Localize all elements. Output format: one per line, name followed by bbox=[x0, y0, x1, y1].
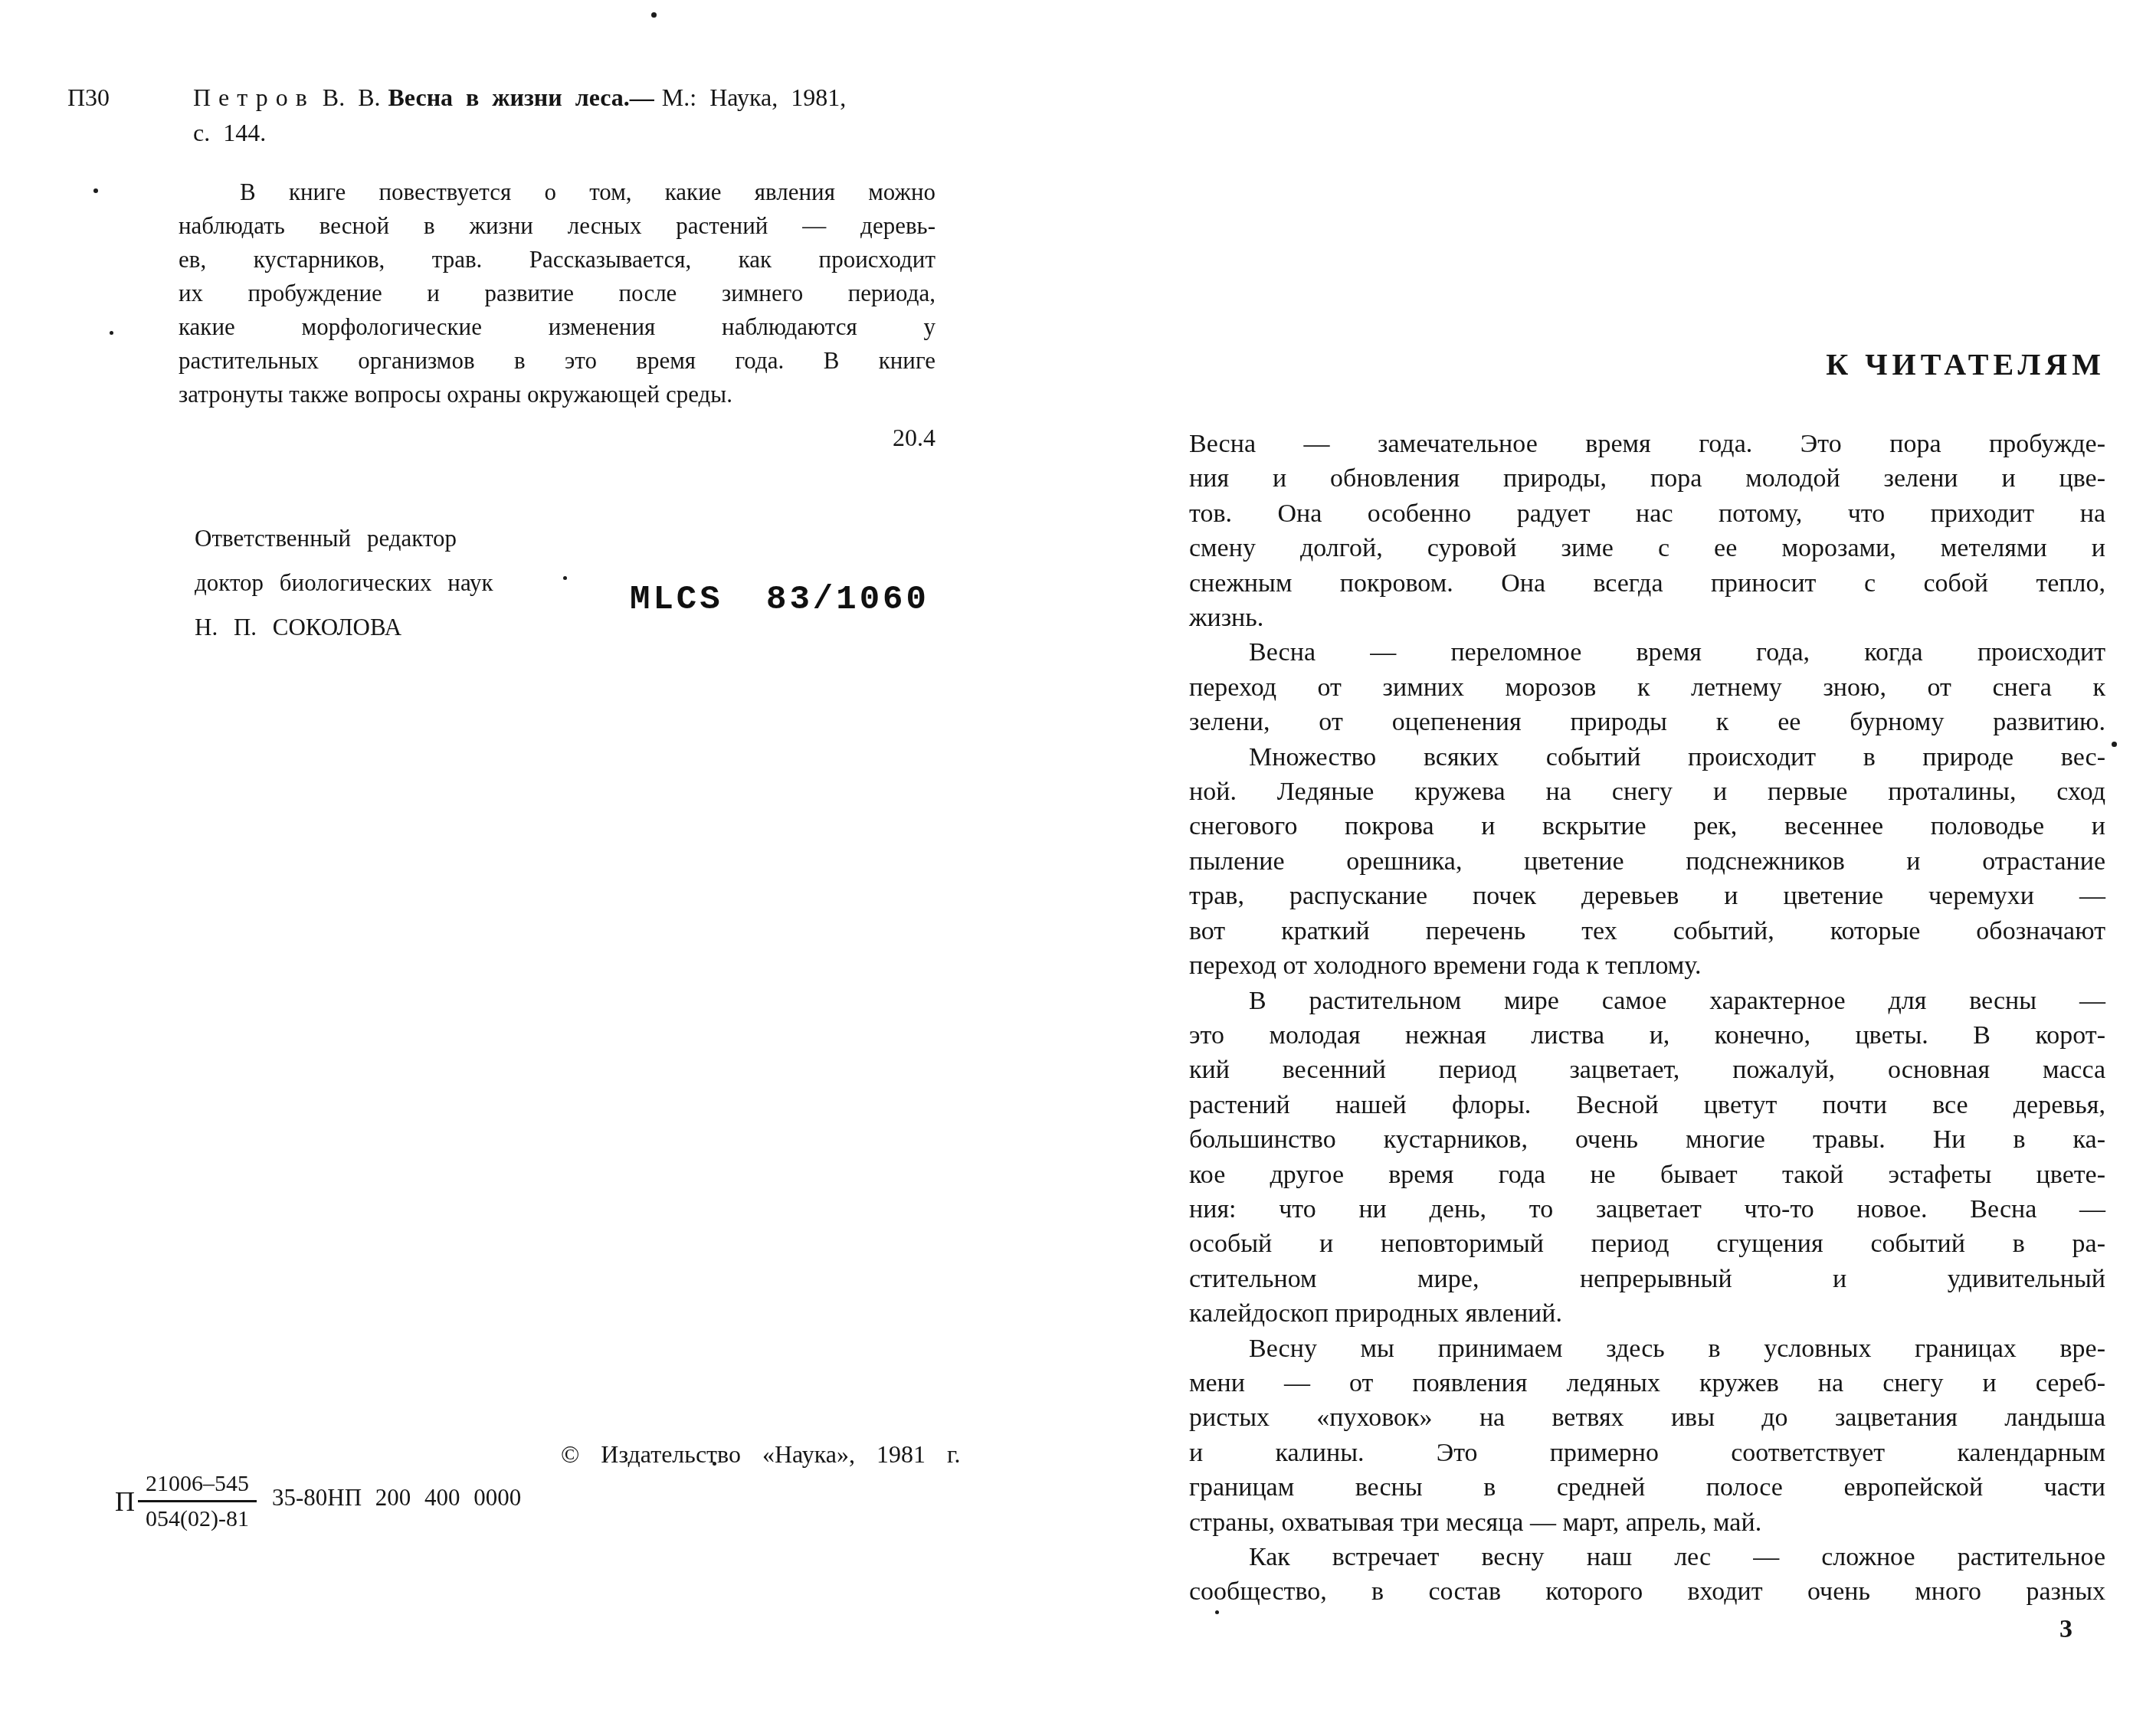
body-line: Весна — замечательное время года. Это по… bbox=[1189, 427, 2105, 461]
copyright-line: © Издательство «Наука», 1981 г. bbox=[561, 1440, 960, 1469]
annotation: В книге повествуется о том, какие явлени… bbox=[179, 175, 935, 411]
body-line: В растительном мире самое характерное дл… bbox=[1189, 984, 2105, 1018]
catalog-prefix: П bbox=[115, 1485, 135, 1518]
annotation-line: растительных организмов в это время года… bbox=[179, 344, 935, 378]
annotation-line: В книге повествуется о том, какие явлени… bbox=[179, 175, 935, 209]
body-line: пыление орешника, цветение подснежников … bbox=[1189, 844, 2105, 879]
annotation-line: их пробуждение и развитие после зимнего … bbox=[179, 277, 935, 310]
bib-line-1: ПетровВ. В.Весна в жизни леса.—М.: Наука… bbox=[193, 80, 936, 115]
body-line: Весну мы принимаем здесь в условных гран… bbox=[1189, 1331, 2105, 1366]
annotation-line: какие морфологические изменения наблюдаю… bbox=[179, 310, 935, 344]
bib-book-title: Весна в жизни леса.— bbox=[388, 84, 654, 111]
page-number: 3 bbox=[2059, 1615, 2072, 1644]
scan-speck bbox=[110, 331, 113, 335]
scan-speck bbox=[713, 1462, 716, 1466]
left-page: П30 ПетровВ. В.Весна в жизни леса.—М.: Н… bbox=[67, 80, 936, 650]
body-line: мени — от появления ледяных кружев на сн… bbox=[1189, 1366, 2105, 1400]
body-line: трав, распускание почек деревьев и цвете… bbox=[1189, 879, 2105, 913]
body-line: сообщество, в состав которого входит оче… bbox=[1189, 1574, 2105, 1609]
body-line: кое другое время года не бывает такой эс… bbox=[1189, 1158, 2105, 1192]
body-line: границам весны в средней полосе европейс… bbox=[1189, 1470, 2105, 1505]
chapter-title: К ЧИТАТЕЛЯМ bbox=[1189, 346, 2105, 383]
bib-author-surname: Петров bbox=[193, 84, 315, 111]
body-line: и калины. Это примерно соответствует кал… bbox=[1189, 1436, 2105, 1470]
body-line: ристых «пуховок» на ветвях ивы до зацвет… bbox=[1189, 1400, 2105, 1435]
scan-speck bbox=[93, 188, 98, 193]
scan-speck bbox=[651, 12, 657, 18]
catalog-code: 35-80НП 200 400 0000 bbox=[272, 1484, 521, 1512]
annotation-line: наблюдать весной в жизни лесных растений… bbox=[179, 209, 935, 243]
body-line: большинство кустарников, очень многие тр… bbox=[1189, 1122, 2105, 1157]
bibliographic-entry: П30 ПетровВ. В.Весна в жизни леса.—М.: Н… bbox=[67, 80, 936, 150]
body-line: Множество всяких событий происходит в пр… bbox=[1189, 740, 2105, 775]
bib-imprint: М.: Наука, 1981, bbox=[662, 84, 846, 111]
body-line: калейдоскоп природных явлений. bbox=[1189, 1296, 2105, 1331]
catalog-denominator: 054(02)-81 bbox=[138, 1502, 257, 1534]
body-line: это молодая нежная листва и, конечно, цв… bbox=[1189, 1018, 2105, 1053]
body-line: переход от холодного времени года к тепл… bbox=[1189, 948, 2105, 983]
body-line: снегового покрова и вскрытие рек, весенн… bbox=[1189, 809, 2105, 843]
bbk-code: 20.4 bbox=[179, 420, 935, 455]
catalog-fraction: 21006–545 054(02)-81 bbox=[138, 1469, 257, 1534]
annotation-line: затронуты также вопросы охраны окружающе… bbox=[179, 378, 935, 411]
bib-pages: с. 144. bbox=[193, 115, 936, 150]
body-line: снежным покровом. Она всегда приносит с … bbox=[1189, 566, 2105, 601]
bib-main: ПетровВ. В.Весна в жизни леса.—М.: Наука… bbox=[193, 80, 936, 150]
body-line: растений нашей флоры. Весной цветут почт… bbox=[1189, 1088, 2105, 1122]
chapter-body: Весна — замечательное время года. Это по… bbox=[1189, 427, 2105, 1610]
library-stamp: MLCS 83/1060 bbox=[630, 581, 929, 619]
body-line: зелени, от оцепенения природы к ее бурно… bbox=[1189, 705, 2105, 739]
bib-author-initials: В. В. bbox=[323, 84, 381, 111]
scanned-book-spread: { "left": { "bib": { "index_code": "П30"… bbox=[0, 0, 2156, 1736]
right-page: К ЧИТАТЕЛЯМ Весна — замечательное время … bbox=[1189, 0, 2105, 1610]
body-line: Весна — переломное время года, когда про… bbox=[1189, 635, 2105, 670]
body-line: Как встречает весну наш лес — сложное ра… bbox=[1189, 1540, 2105, 1574]
body-line: вот краткий перечень тех событий, которы… bbox=[1189, 914, 2105, 948]
body-line: кий весенний период зацветает, пожалуй, … bbox=[1189, 1053, 2105, 1087]
scan-speck bbox=[1215, 1610, 1219, 1614]
body-line: смену долгой, суровой зиме с ее морозами… bbox=[1189, 531, 2105, 565]
editor-line: Ответственный редактор bbox=[195, 516, 936, 561]
body-line: стительном мире, непрерывный и удивитель… bbox=[1189, 1262, 2105, 1296]
body-line: тов. Она особенно радует нас потому, что… bbox=[1189, 496, 2105, 531]
body-line: особый и неповторимый период сгущения со… bbox=[1189, 1227, 2105, 1261]
body-line: жизнь. bbox=[1189, 601, 2105, 635]
body-line: ния: что ни день, то зацветает что-то но… bbox=[1189, 1192, 2105, 1227]
body-line: ной. Ледяные кружева на снегу и первые п… bbox=[1189, 775, 2105, 809]
body-line: переход от зимних морозов к летнему зною… bbox=[1189, 670, 2105, 705]
bib-index-code: П30 bbox=[67, 80, 193, 150]
catalog-index: П 21006–545 054(02)-81 35-80НП 200 400 0… bbox=[115, 1469, 521, 1534]
scan-speck bbox=[2112, 742, 2117, 747]
scan-speck bbox=[563, 576, 567, 580]
catalog-numerator: 21006–545 bbox=[138, 1469, 257, 1502]
body-line: ния и обновления природы, пора молодой з… bbox=[1189, 461, 2105, 496]
annotation-line: ев, кустарников, трав. Рассказывается, к… bbox=[179, 243, 935, 277]
body-line: страны, охватывая три месяца — март, апр… bbox=[1189, 1505, 2105, 1540]
